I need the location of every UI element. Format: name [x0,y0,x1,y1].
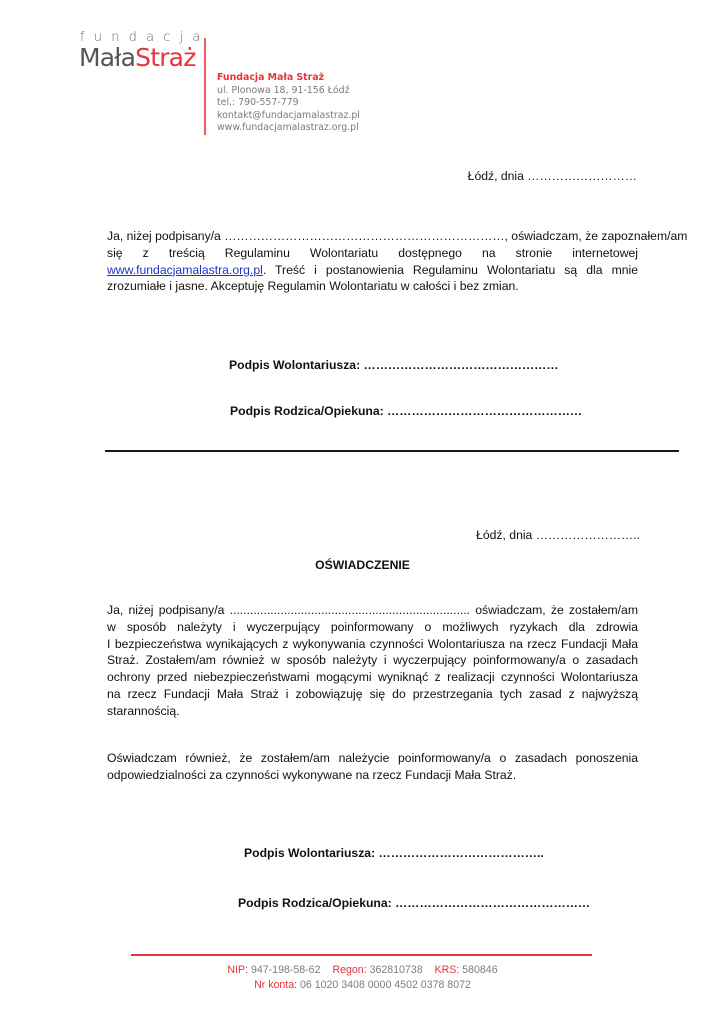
org-address: ul. Plonowa 18, 91-156 Łódź [217,85,360,98]
regon-value: 362810738 [370,964,423,976]
paragraph-line: odpowiedzialności za czynności wykonywan… [107,767,638,784]
paragraph-line: ochrony przed niebezpieczeństwami mogący… [107,669,638,686]
date-line-2: Łódź, dnia …………………….. [476,527,640,544]
org-phone: tel.: 790-557-779 [217,97,360,110]
website-link[interactable]: www.fundacjamalastra.org.pl [107,263,263,277]
volunteer-signature-field: Podpis Wolontariusza: ………………………………….. [244,845,544,862]
paragraph-line: zrozumiałe i jasne. Akceptuję Regulamin … [107,278,638,295]
section-separator [105,450,679,452]
footer-divider [131,954,592,956]
volunteer-signature-field: Podpis Wolontariusza: ………………………………………… [229,357,559,374]
nip-value: 947-198-58-62 [251,964,321,976]
org-website: www.fundacjamalastraz.org.pl [217,122,360,135]
account-value: 06 1020 3408 0000 4502 0378 8072 [300,979,471,991]
paragraph-line: w sposób należyty i wyczerpujący poinfor… [107,619,638,636]
guardian-signature-field: Podpis Rodzica/Opiekuna: ………………………………………… [238,895,590,912]
regon-label: Regon: [332,964,366,976]
date-line-1: Łódź, dnia ……………………… [468,168,637,185]
letterhead-divider [204,38,206,135]
paragraph-line: Straż. Zostałem/am również w sposób nale… [107,652,638,669]
liability-statement-paragraph: Oświadczam również, że zostałem/am należ… [107,750,638,784]
paragraph-line: się z treścią Regulaminu Wolontariatu do… [107,245,638,262]
krs-value: 580846 [462,964,497,976]
logo-straz-text: Straż [135,43,195,72]
paragraph-line: I bezpieczeństwa wynikających z wykonywa… [107,636,638,653]
regulation-acceptance-paragraph: Ja, niżej podpisany/a ………………………………………………… [107,228,638,295]
org-email: kontakt@fundacjamalastraz.pl [217,110,360,123]
org-name: Fundacja Mała Straż [217,72,360,85]
footer-registration: NIP: 947-198-58-62 Regon: 362810738 KRS:… [0,963,725,978]
nip-label: NIP: [227,964,248,976]
paragraph-line: starannością. [107,703,638,720]
letterhead-contact: Fundacja Mała Straż ul. Plonowa 18, 91-1… [217,72,360,135]
paragraph-line: Ja, niżej podpisany/a ..................… [107,602,638,619]
footer-bank-account: Nr konta: 06 1020 3408 0000 4502 0378 80… [0,978,725,993]
paragraph-line: na rzecz Fundacji Mała Straż i zobowiązu… [107,686,638,703]
logo-mala-text: Mała [79,43,135,72]
guardian-signature-field: Podpis Rodzica/Opiekuna: ………………………………………… [230,403,582,420]
risk-statement-paragraph: Ja, niżej podpisany/a ..................… [107,602,638,720]
paragraph-line: Oświadczam również, że zostałem/am należ… [107,750,638,767]
paragraph-line: www.fundacjamalastra.org.pl. Treść i pos… [107,262,638,279]
krs-label: KRS: [435,964,460,976]
paragraph-text: . Treść i postanowienia Regulaminu Wolon… [263,263,638,277]
paragraph-line: Ja, niżej podpisany/a ………………………………………………… [107,228,638,245]
statement-title: OŚWIADCZENIE [0,557,725,574]
logo: MałaStraż [79,43,196,73]
account-label: Nr konta: [254,979,297,991]
